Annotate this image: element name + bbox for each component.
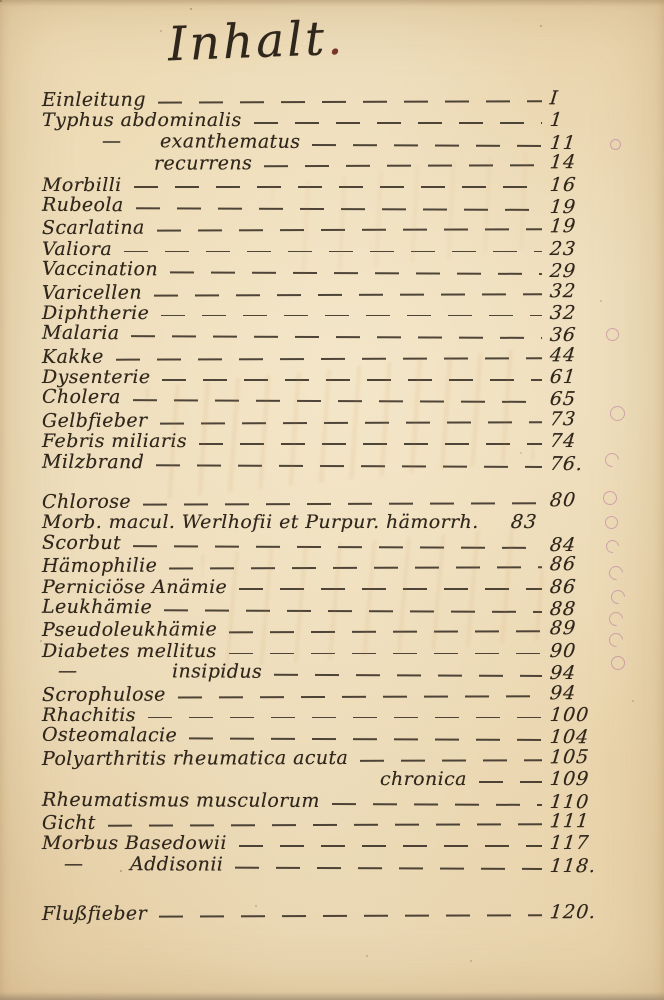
margin-ring-mark <box>610 139 621 150</box>
toc-row: Valiora23 <box>42 238 602 259</box>
margin-ring-mark <box>606 328 619 341</box>
entry-page-number: 29 <box>549 260 603 282</box>
entry-title: Polyarthritis rheumatica acuta <box>42 747 348 770</box>
leader-line <box>360 759 542 761</box>
entry-page-number: 89 <box>549 617 603 639</box>
entry-title: Malaria <box>42 322 120 344</box>
entry-title: recurrens <box>154 152 252 174</box>
leader-line <box>108 823 542 826</box>
toc-row: Morbus Basedowii117 <box>42 832 602 853</box>
leader-line <box>156 464 542 467</box>
ditto-dash: — <box>58 660 172 682</box>
entry-title: Morb. macul. Werlhofii et Purpur. hämorr… <box>42 511 479 533</box>
toc-row: EinleitungI <box>42 87 602 110</box>
leader-line <box>116 357 542 360</box>
toc-row: Flußfieber120. <box>42 901 602 924</box>
toc-row: Scarlatina19 <box>42 215 602 238</box>
toc-section: EinleitungITyphus abdominalis1—exanthema… <box>42 88 602 473</box>
entry-title: Hämophilie <box>42 555 157 577</box>
entry-page-number: 86 <box>549 553 603 575</box>
toc-row: Rubeola19 <box>42 194 602 218</box>
leader-line <box>160 421 542 424</box>
leader-line <box>312 144 542 147</box>
leader-line <box>133 399 542 402</box>
toc-row: Vaccination29 <box>42 258 602 282</box>
entry-title: Valiora <box>42 238 112 260</box>
entry-title: Chlorose <box>42 491 131 513</box>
margin-ring-mark <box>603 491 617 505</box>
entry-page-number: 14 <box>549 151 603 173</box>
leader-line <box>136 207 542 210</box>
entry-page-number: 120. <box>549 901 603 923</box>
entry-page-number: 111 <box>549 810 603 832</box>
page-title: Inhalt. <box>167 11 346 73</box>
entry-title: Gicht <box>42 812 96 834</box>
leader-line <box>235 866 542 869</box>
leader-line <box>229 630 542 633</box>
leader-line <box>229 653 542 655</box>
entry-page-number: 74 <box>549 430 603 452</box>
entry-page-number: I <box>549 87 603 109</box>
toc-row: Diphtherie32 <box>42 302 602 323</box>
entry-page-number: 109 <box>549 768 603 790</box>
toc-row: Gelbfieber73 <box>42 408 602 431</box>
entry-title: chronica <box>380 768 467 790</box>
entry-page-number: 61 <box>549 366 603 388</box>
entry-title: Rubeola <box>42 194 124 216</box>
leader-line <box>159 914 542 917</box>
toc-row: Febris miliaris74 <box>42 430 602 451</box>
leader-line <box>178 695 542 698</box>
toc-row: chronica109 <box>42 768 602 789</box>
toc-section: Chlorose80Morb. macul. Werlhofii et Purp… <box>42 490 602 875</box>
toc-row: Kakke44 <box>42 344 602 367</box>
leader-line <box>332 802 542 805</box>
entry-title: Vaccination <box>42 258 158 281</box>
leader-line <box>169 566 542 569</box>
leader-line <box>148 717 542 719</box>
entry-title: Morbilli <box>42 174 122 196</box>
toc-row: —exanthematus11 <box>42 130 602 154</box>
toc-row: Perniciöse Anämie86 <box>42 576 602 597</box>
entry-page-number: 1 <box>549 109 603 131</box>
entry-title: Osteomalacie <box>42 724 177 747</box>
toc-row: Osteomalacie104 <box>42 724 602 748</box>
entry-title: exanthematus <box>160 130 301 153</box>
margin-ring-mark <box>603 537 621 555</box>
toc-row: Dysenterie61 <box>42 366 602 387</box>
leader-line <box>239 588 542 590</box>
entry-title: Einleitung <box>42 89 146 111</box>
toc-row: Cholera65 <box>42 386 602 410</box>
toc-row: Scorbut84 <box>42 532 602 556</box>
leader-line <box>164 609 542 612</box>
entry-title: Milzbrand <box>42 450 144 472</box>
entry-title: Varicellen <box>42 281 142 303</box>
toc-row: Morbilli16 <box>42 174 602 195</box>
leader-line <box>154 293 542 296</box>
toc-row: Rhachitis100 <box>42 704 602 725</box>
margin-ring-mark <box>611 656 625 670</box>
leader-line <box>124 251 542 253</box>
entry-page-number: 105 <box>549 746 603 768</box>
entry-page-number: 16 <box>549 174 603 196</box>
margin-ring-mark <box>605 516 618 529</box>
leader-line <box>491 524 503 526</box>
entry-title: Typhus abdominalis <box>42 109 242 131</box>
entry-title: Perniciöse Anämie <box>42 576 227 598</box>
entry-title: Febris miliaris <box>42 430 187 452</box>
leader-line <box>143 502 542 505</box>
toc-row: Morb. macul. Werlhofii et Purpur. hämorr… <box>42 511 602 532</box>
toc-row: Gicht111 <box>42 810 602 833</box>
toc-row: Scrophulose94 <box>42 682 602 705</box>
toc-row: —insipidus94 <box>42 660 602 684</box>
entry-title: Addisonii <box>130 853 223 875</box>
leader-line <box>162 379 542 381</box>
margin-ring-mark <box>606 609 626 629</box>
leader-line <box>199 443 542 445</box>
entry-page-number: 94 <box>549 682 603 704</box>
ditto-dash: — <box>64 853 130 875</box>
entry-page-number: 23 <box>549 238 603 260</box>
entry-page-number: 83 <box>509 511 563 533</box>
entry-title: Leukhämie <box>42 596 152 618</box>
entry-page-number: 90 <box>549 640 603 662</box>
toc-row: Malaria36 <box>42 322 602 346</box>
entry-page-number: 117 <box>549 832 603 854</box>
entry-title: Scarlatina <box>42 217 145 239</box>
leader-line <box>274 674 542 677</box>
toc-row: Varicellen32 <box>42 280 602 303</box>
entry-page-number: 80 <box>549 489 603 511</box>
entry-title: Dysenterie <box>42 366 150 388</box>
toc-row: Pseudoleukhämie89 <box>42 617 602 640</box>
entry-title: insipidus <box>172 661 262 683</box>
title-period: . <box>326 11 346 67</box>
table-of-contents: EinleitungITyphus abdominalis1—exanthema… <box>42 88 602 923</box>
paper-specks <box>0 0 2 2</box>
entry-page-number: 19 <box>549 215 603 237</box>
leader-line <box>254 122 542 124</box>
toc-row: Diabetes mellitus90 <box>42 640 602 661</box>
leader-line <box>239 845 542 847</box>
toc-row: Hämophilie86 <box>42 553 602 576</box>
toc-row: recurrens14 <box>42 151 602 174</box>
manuscript-page: Inhalt. EinleitungITyphus abdominalis1—e… <box>0 0 664 1000</box>
entry-page-number: 94 <box>549 662 603 684</box>
entry-page-number: 44 <box>549 344 603 366</box>
entry-title: Rheumatismus musculorum <box>42 788 320 811</box>
entry-page-number: 86 <box>549 576 603 598</box>
leader-line <box>157 228 542 231</box>
entry-title: Kakke <box>42 345 104 367</box>
leader-line <box>170 271 542 274</box>
toc-section: Flußfieber120. <box>42 902 602 923</box>
margin-ring-mark <box>608 587 628 607</box>
leader-line <box>158 100 542 103</box>
entry-page-number: 32 <box>549 280 603 302</box>
toc-row: Leukhämie88 <box>42 596 602 620</box>
entry-page-number: 73 <box>549 408 603 430</box>
entry-page-number: 32 <box>549 302 603 324</box>
toc-row: Chlorose80 <box>42 489 602 512</box>
ditto-dash: — <box>102 130 160 152</box>
leader-line <box>264 164 542 167</box>
entry-title: Diabetes mellitus <box>42 640 217 662</box>
entry-title: Scorbut <box>42 532 121 554</box>
entry-page-number: 118. <box>549 855 603 877</box>
margin-ring-mark <box>606 563 626 583</box>
leader-line <box>479 781 542 783</box>
toc-row: Polyarthritis rheumatica acuta105 <box>42 746 602 769</box>
leader-line <box>189 738 542 741</box>
entry-title: Rhachitis <box>42 704 136 726</box>
entry-title: Scrophulose <box>42 683 166 705</box>
leader-line <box>133 545 542 548</box>
toc-row: Milzbrand76. <box>42 450 602 474</box>
entry-page-number: 100 <box>549 704 603 726</box>
toc-row: Rheumatismus musculorum110 <box>42 788 602 812</box>
leader-line <box>131 335 542 338</box>
toc-row: Typhus abdominalis1 <box>42 109 602 130</box>
leader-line <box>161 315 542 317</box>
entry-title: Morbus Basedowii <box>42 832 227 854</box>
margin-ring-mark <box>602 450 622 470</box>
entry-title: Gelbfieber <box>42 409 148 431</box>
margin-ring-mark <box>606 630 626 650</box>
entry-title: Diphtherie <box>42 302 149 324</box>
leader-line <box>134 186 542 188</box>
entry-page-number: 76. <box>549 453 603 475</box>
entry-title: Flußfieber <box>42 903 147 925</box>
toc-row: —Addisonii118. <box>42 852 602 876</box>
entry-title: Cholera <box>42 386 121 408</box>
margin-ring-mark <box>610 406 625 421</box>
entry-title: Pseudoleukhämie <box>42 619 217 642</box>
